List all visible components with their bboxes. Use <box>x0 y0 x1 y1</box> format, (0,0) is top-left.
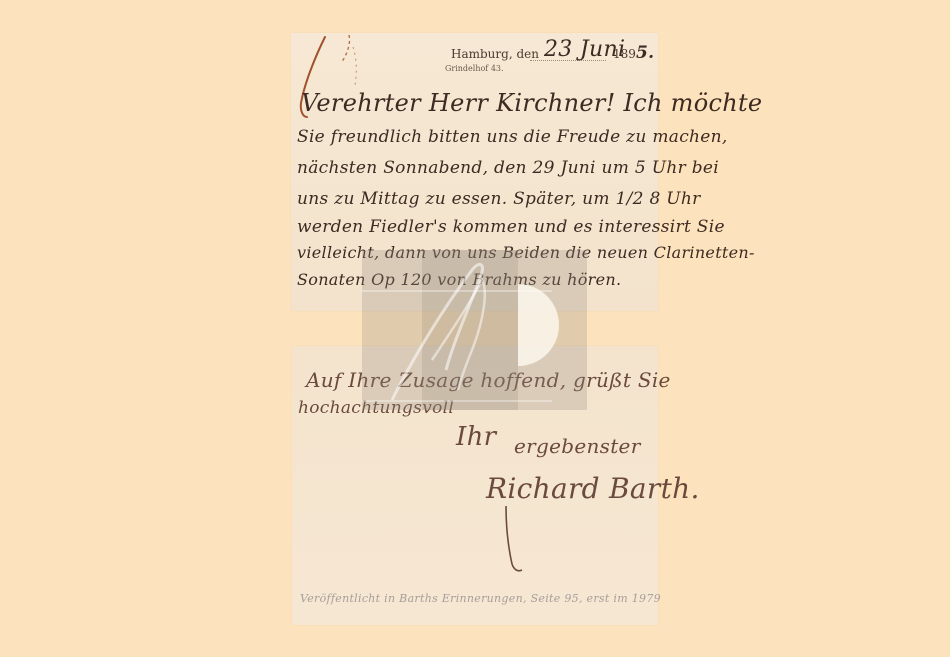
letter-line: Sonaten Op 120 von Brahms zu hören. <box>297 270 621 289</box>
letter-page-2: Auf Ihre Zusage hoffend, grüßt Sie hocha… <box>292 346 658 625</box>
letter-line: nächsten Sonnabend, den 29 Juni um 5 Uhr… <box>297 158 719 178</box>
signature-flourish-icon <box>500 506 530 576</box>
letter-line: werden Fiedler's kommen und es interessi… <box>297 217 725 237</box>
letterhead-address: Grindelhof 43. <box>445 64 504 73</box>
pencil-annotation: Veröffentlicht in Barths Erinnerungen, S… <box>300 592 661 605</box>
letter-page-1: Hamburg, den 23 Juni 189 5. Grindelhof 4… <box>291 33 658 311</box>
letter-line: Verehrter Herr Kirchner! Ich möchte <box>301 89 762 117</box>
letter-line: hochachtungsvoll <box>298 398 454 418</box>
handwritten-year-digit: 5. <box>636 43 654 63</box>
letter-line: uns zu Mittag zu essen. Später, um 1/2 8… <box>297 189 701 209</box>
letter-line: Auf Ihre Zusage hoffend, grüßt Sie <box>306 368 671 392</box>
closing-ergebenster: ergebenster <box>514 434 641 458</box>
letterhead-year: 189 <box>613 47 636 61</box>
letterhead-city: Hamburg, den <box>451 47 539 61</box>
signature: Richard Barth. <box>486 472 700 505</box>
closing-ihr: Ihr <box>456 422 496 452</box>
letter-line: Sie freundlich bitten uns die Freude zu … <box>297 127 728 147</box>
letter-line: vielleicht, dann von uns Beiden die neue… <box>297 243 755 262</box>
document-viewer: Hamburg, den 23 Juni 189 5. Grindelhof 4… <box>0 0 950 657</box>
